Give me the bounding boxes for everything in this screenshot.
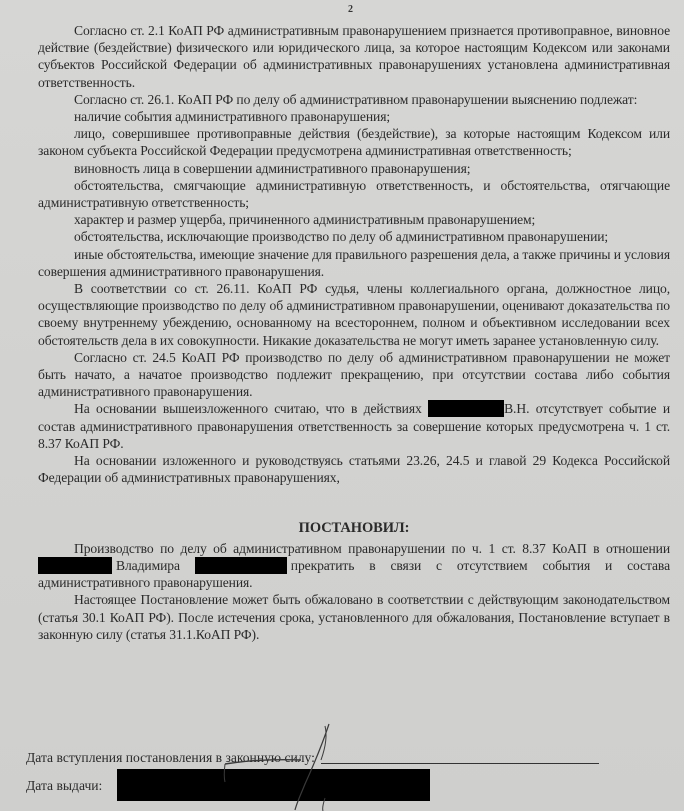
redacted-patronymic xyxy=(195,557,287,574)
paragraph: Согласно ст. 26.1. КоАП РФ по делу об ад… xyxy=(38,91,670,108)
appeal-paragraph: Настоящее Постановление может быть обжал… xyxy=(38,591,670,643)
paragraph: Согласно ст. 2.1 КоАП РФ административны… xyxy=(38,22,670,91)
list-item: обстоятельства, исключающие производство… xyxy=(38,228,670,245)
effective-date-blank xyxy=(321,763,599,764)
conclusion-paragraph: На основании вышеизложенного считаю, что… xyxy=(38,400,670,452)
issue-date-label: Дата выдачи: xyxy=(26,778,102,793)
document-body: Согласно ст. 2.1 КоАП РФ административны… xyxy=(38,22,670,643)
effective-date-label: Дата вступления постановления в законную… xyxy=(26,750,315,765)
ruling-text-start: Производство по делу об административном… xyxy=(74,541,670,556)
page-number: 2 xyxy=(348,4,353,15)
effective-date-row: Дата вступления постановления в законную… xyxy=(26,750,666,766)
list-item: лицо, совершившее противоправные действи… xyxy=(38,125,670,159)
conclusion-text-start: На основании вышеизложенного считаю, что… xyxy=(74,401,428,416)
list-item: характер и размер ущерба, причиненного а… xyxy=(38,211,670,228)
ruling-first-name: Владимира xyxy=(116,558,195,573)
issue-date-row: Дата выдачи: xyxy=(26,778,102,794)
ruling-title: ПОСТАНОВИЛ: xyxy=(38,520,670,537)
basis-paragraph: На основании изложенного и руководствуяс… xyxy=(38,452,670,486)
paragraph: В соответствии со ст. 26.11. КоАП РФ суд… xyxy=(38,280,670,349)
ruling-paragraph: Производство по делу об административном… xyxy=(38,540,670,592)
redacted-surname xyxy=(38,557,112,574)
paragraph: Согласно ст. 24.5 КоАП РФ производство п… xyxy=(38,349,670,401)
list-item: виновность лица в совершении администрат… xyxy=(38,160,670,177)
redacted-surname xyxy=(428,400,504,417)
redacted-issue-date xyxy=(117,769,430,801)
list-item: наличие события административного правон… xyxy=(38,108,670,125)
list-item: обстоятельства, смягчающие административ… xyxy=(38,177,670,211)
list-item: иные обстоятельства, имеющие значение дл… xyxy=(38,246,670,280)
